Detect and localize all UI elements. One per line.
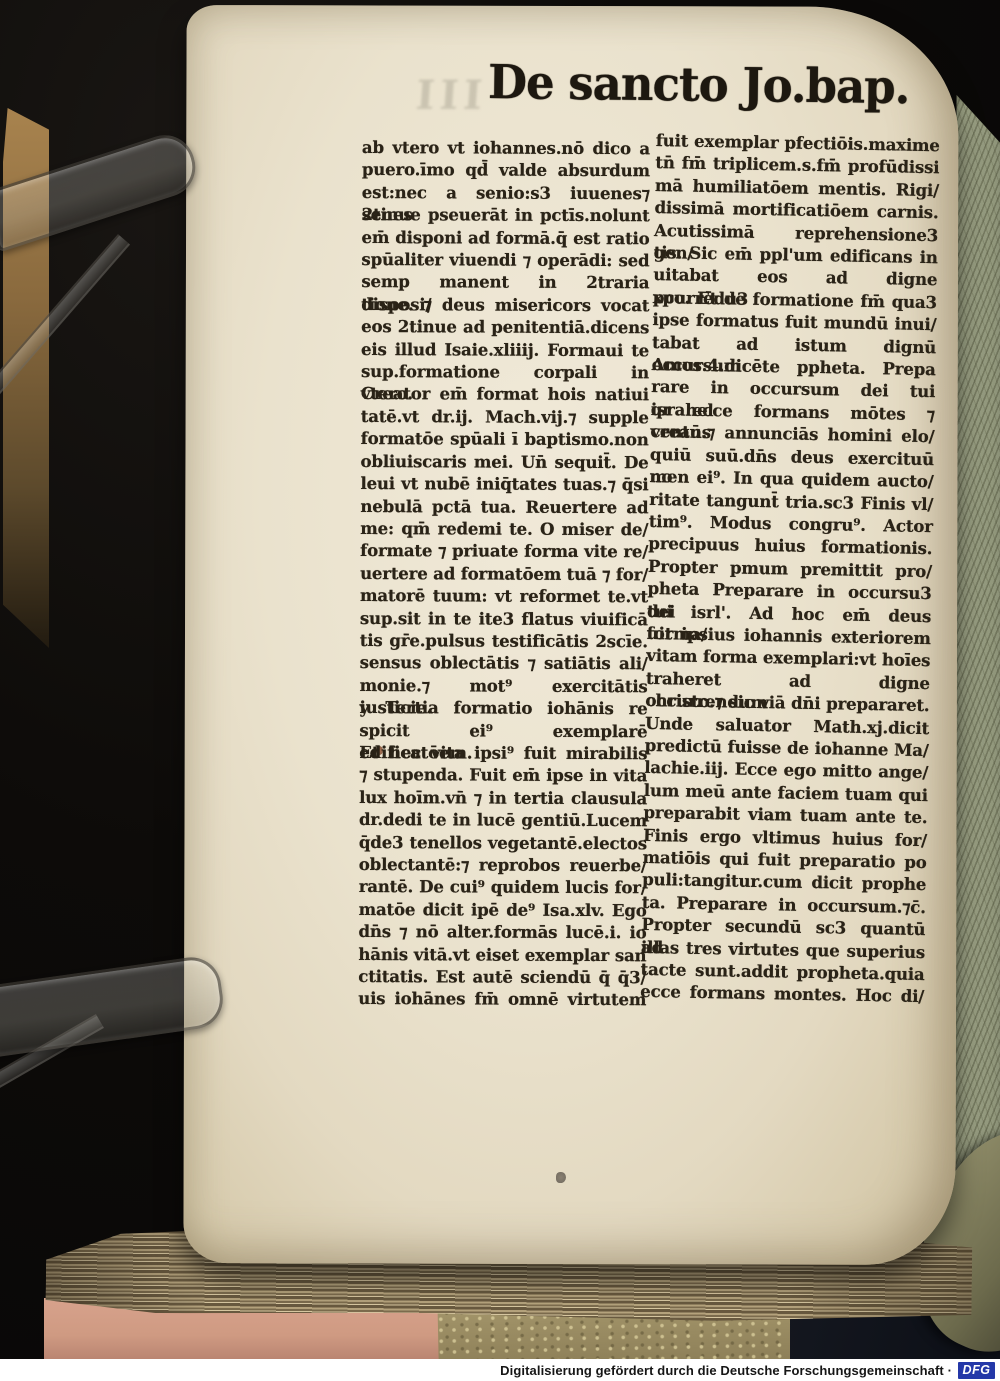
text-line: lux hoīm.vn̄ ⁊ in tertia clausula <box>359 786 647 810</box>
bleedthrough-mark: III <box>414 72 488 119</box>
running-title: De sancto Jo.bap. <box>488 54 910 114</box>
text-line: tatē.vt dr.ij. Mach.vij.⁊ supple <box>361 405 649 429</box>
text-line: matorē tuum: vt reformet te.vt <box>360 584 648 608</box>
text-line: semp manent in 2traria disposi/ <box>361 270 649 294</box>
text-line: formatōe spūali ī baptismo.non <box>361 427 649 451</box>
text-line: sup.formatione corpali in vtero. <box>361 360 649 384</box>
text-line: y Tertia formatio iohānis re <box>359 696 647 720</box>
text-line: tis gr̄e.pulsus testificātis 2scīe. <box>360 629 648 653</box>
text-line: matōe dicit ipē de⁹ Isa.xlv. Ego <box>359 898 647 922</box>
text-line: 2tinue pseuerāt in pctīs.nolunt <box>362 203 650 227</box>
text-line: rantē. De cui⁹ quidem lucis for/ <box>359 875 647 899</box>
text-line: sensus oblectātis ⁊ satiātis ali/ <box>360 651 648 675</box>
text-column-right: fuit exemplar pfectiōis.maximetn̄ fm̄ tr… <box>640 129 940 1008</box>
text-line: ⁊ stupenda. Fuit em̄ ipse in vita <box>359 763 647 787</box>
text-line: oblectantē:⁊ reprobos reuerbe/ <box>359 853 647 877</box>
text-line: sup.sit in te ite3 flatus viuificā <box>360 607 648 631</box>
footer-credit-bar: Digitalisierung gefördert durch die Deut… <box>0 1359 1000 1381</box>
text-line: ab vtero vt iohannes.nō dico a <box>362 136 650 160</box>
text-line: Et hec vita ipsi⁹ fuit mirabilis <box>359 741 647 765</box>
text-line: leui vt nubē iniq̄tates tuas.⁊ q̄si <box>360 472 648 496</box>
dfg-logo: DFG <box>958 1362 995 1379</box>
text-line: monie.⁊ mot⁹ exercitātis iusticie. <box>360 674 648 698</box>
text-line: uertere ad formatōem tuā ⁊ for/ <box>360 562 648 586</box>
text-line: eis illud Isaie.xliiij. Formaui te <box>361 338 649 362</box>
text-line: formate ⁊ priuate forma vite re/ <box>360 539 648 563</box>
dfg-credit-text: Digitalisierung gefördert durch die Deut… <box>500 1363 952 1378</box>
text-line: spicit ei⁹ exemplarē edificatōem. <box>359 719 647 743</box>
text-line: est:nec a senio:s3 iuuenes⁊ senes <box>362 181 650 205</box>
text-line: nebulā pctā tua. Reuertere ad <box>360 494 648 518</box>
text-line: dr.dedi te in lucē gentiū.Lucem <box>359 808 647 832</box>
text-line: hānis vitā.vt eiset exemplar san <box>358 943 646 967</box>
text-line: obliuiscaris mei. Un̄ sequit̄. De <box>361 450 649 474</box>
text-line: me: qm̄ redemi te. O miser de/ <box>360 517 648 541</box>
text-line: ctitatis. Est autē sciendū q̄ q̄3/ <box>358 965 646 989</box>
text-line: puero.īmo qd̄ valde absurdum <box>362 158 650 182</box>
text-line: spūaliter viuendi ⁊ operādi: sed <box>361 248 649 272</box>
text-column-left: ab vtero vt iohannes.nō dico apuero.īmo … <box>358 136 650 1011</box>
text-line: em̄ disponi ad formā.q̄ est ratio <box>362 226 650 250</box>
text-line: Creator em̄ format hois natiui <box>361 382 649 406</box>
text-line: uis iohānes fm̄ omnē virtutem <box>358 987 646 1011</box>
book-scan-photo: III De sancto Jo.bap. ab vtero vt iohann… <box>0 0 1000 1381</box>
text-line: dn̄s ⁊ nō alter.formās lucē.i. io <box>358 920 646 944</box>
text-line: q̄de3 tenellos vegetantē.electos <box>359 831 647 855</box>
text-line: tione. ⁊ deus misericors vocat <box>361 293 649 317</box>
text-line: eos 2tinue ad penitentiā.dicens <box>361 315 649 339</box>
